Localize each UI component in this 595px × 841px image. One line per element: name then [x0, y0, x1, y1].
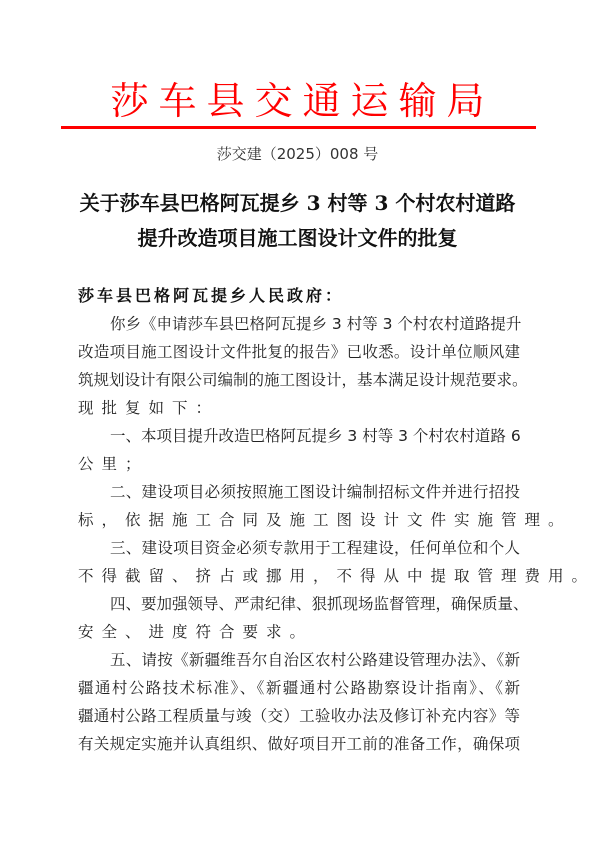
- body-line: 安全、进度符合要求。: [78, 622, 520, 642]
- body-line: 疆通村公路技术标准》、《新疆通村公路勘察设计指南》、《新: [78, 678, 520, 698]
- body-line: 一、本项目提升改造巴格阿瓦提乡 3 村等 3 个村农村道路 6: [110, 426, 520, 446]
- document-title-line-2: 提升改造项目施工图设计文件的批复: [0, 226, 595, 250]
- body-line: 二、建设项目必须按照施工图设计编制招标文件并进行招投: [110, 482, 520, 502]
- body-line: 五、请按《新疆维吾尔自治区农村公路建设管理办法》、《新: [110, 650, 520, 670]
- document-title-line-1: 关于莎车县巴格阿瓦提乡 3 村等 3 个村农村道路: [0, 191, 595, 215]
- body-line: 公里；: [78, 454, 520, 474]
- body-line: 改造项目施工图设计文件批复的报告》已收悉。设计单位顺风建: [78, 342, 520, 362]
- body-line: 有关规定实施并认真组织、做好项目开工前的准备工作，确保项: [78, 734, 520, 754]
- addressee: 莎车县巴格阿瓦提乡人民政府：: [78, 286, 344, 306]
- body-line: 四、要加强领导、严肃纪律、狠抓现场监督管理，确保质量、: [110, 594, 520, 614]
- body-line: 筑规划设计有限公司编制的施工图设计，基本满足设计规范要求。: [78, 370, 520, 390]
- document-number: 莎交建（2025）008 号: [0, 144, 595, 164]
- body-line: 现批复如下：: [78, 398, 520, 418]
- body-line: 三、建设项目资金必须专款用于工程建设，任何单位和个人: [110, 538, 520, 558]
- organization-header: 莎车县交通运输局: [0, 78, 595, 124]
- body-line: 标，依据施工合同及施工图设计文件实施管理。: [78, 510, 520, 530]
- body-line: 你乡《申请莎车县巴格阿瓦提乡 3 村等 3 个村农村道路提升: [110, 314, 520, 334]
- document-page: 莎车县交通运输局 莎交建（2025）008 号 关于莎车县巴格阿瓦提乡 3 村等…: [0, 0, 595, 841]
- body-line: 疆通村公路工程质量与竣（交）工验收办法及修订补充内容》等: [78, 706, 520, 726]
- red-divider-line: [61, 126, 536, 129]
- body-line: 不得截留、挤占或挪用，不得从中提取管理费用。: [78, 566, 520, 586]
